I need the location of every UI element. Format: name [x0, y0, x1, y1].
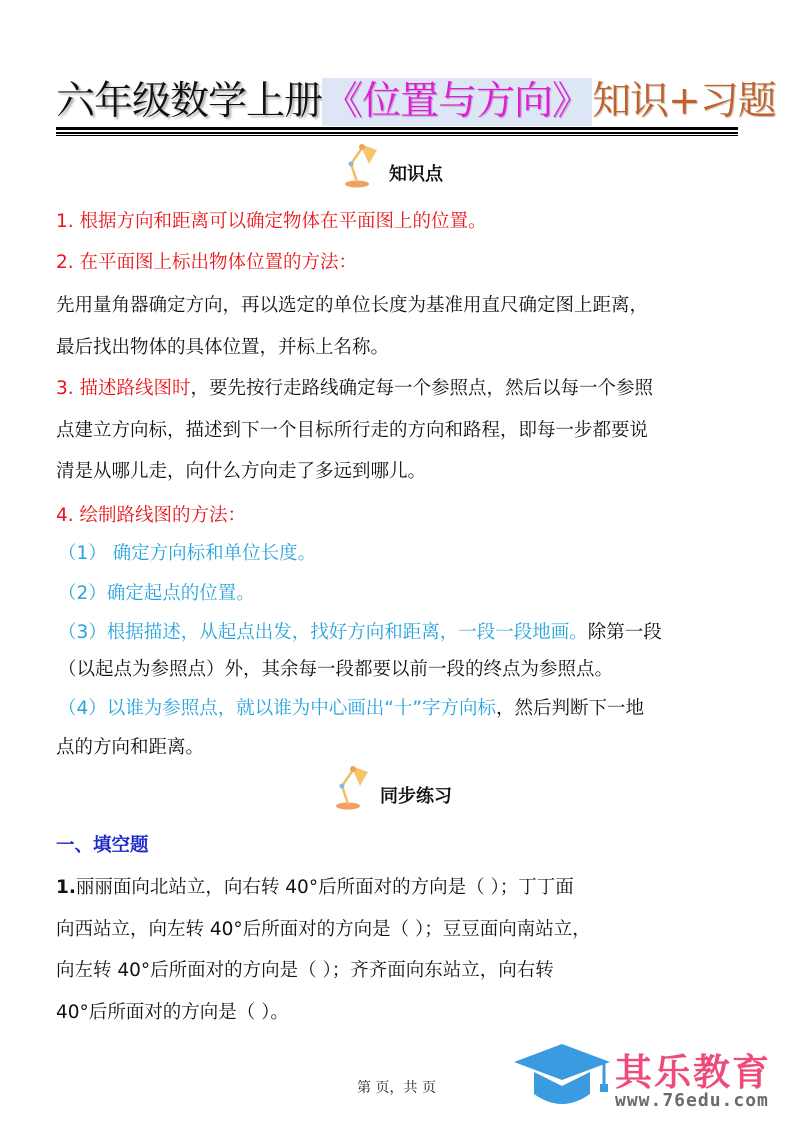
drawing-step-4-continuation: 点的方向和距离。 — [56, 736, 204, 760]
drawing-step-3: （3）根据描述，从起点出发，找好方向和距离，一段一段地画。除第一段 — [58, 621, 662, 645]
knowledge-point-3-lead: 3. 描述路线图时 — [56, 378, 191, 399]
drawing-step-4-extra: ，然后判断下一地 — [496, 698, 644, 719]
knowledge-point-2-body-line-2: 最后找出物体的具体位置，并标上名称。 — [56, 336, 389, 360]
question-1-line-2: 向西站立，向左转 40°后所面对的方向是（ ）；豆豆面向南站立， — [56, 918, 591, 942]
question-1-text: 丽丽面向北站立，向右转 40°后所面对的方向是（ ）；丁丁面 — [76, 877, 574, 898]
knowledge-point-3-line-2: 点建立方向标，描述到下一个目标所行走的方向和路程，即每一步都要说 — [56, 419, 648, 443]
title-suffix: 知识+习题 — [592, 78, 776, 126]
desk-lamp-icon — [343, 142, 381, 188]
knowledge-point-3-line-3: 清是从哪儿走，向什么方向走了多远到哪儿。 — [56, 460, 426, 484]
title-grade-subject: 六年级数学上册 — [56, 78, 322, 126]
question-1-number: 1. — [56, 877, 76, 898]
question-1-line-4: 40°后所面对的方向是（ ）。 — [56, 1001, 289, 1025]
knowledge-point-1: 1. 根据方向和距离可以确定物体在平面图上的位置。 — [56, 210, 487, 234]
knowledge-point-3-text: ，要先按行走路线确定每一个参照点，然后以每一个参照 — [191, 378, 654, 399]
knowledge-point-3-line-1: 3. 描述路线图时，要先按行走路线确定每一个参照点，然后以每一个参照 — [56, 377, 653, 401]
page-title: 六年级数学上册 《位置与方向》 知识+习题 — [56, 76, 738, 126]
drawing-step-4-main: （4）以谁为参照点，就以谁为中心画出“十”字方向标 — [58, 698, 496, 719]
brand-url: www.76edu.com — [615, 1090, 769, 1111]
desk-lamp-icon — [334, 764, 372, 810]
knowledge-point-4: 4. 绘制路线图的方法： — [56, 504, 246, 528]
question-1-line-1: 1.丽丽面向北站立，向右转 40°后所面对的方向是（ ）；丁丁面 — [56, 876, 574, 900]
knowledge-point-2: 2. 在平面图上标出物体位置的方法： — [56, 251, 357, 275]
drawing-step-3-extra: 除第一段 — [588, 622, 662, 643]
drawing-step-3-continuation: （以起点为参照点）外，其余每一段都要以前一段的终点为参照点。 — [58, 658, 613, 682]
drawing-step-1: （1） 确定方向标和单位长度。 — [58, 542, 316, 566]
drawing-step-4: （4）以谁为参照点，就以谁为中心画出“十”字方向标，然后判断下一地 — [58, 697, 644, 721]
title-double-rule — [56, 127, 738, 136]
knowledge-heading-label: 知识点 — [389, 164, 443, 188]
brand-name: 其乐教育 — [615, 1042, 771, 1096]
brand-logo: 其乐教育 www.76edu.com — [512, 1042, 787, 1114]
fill-blank-section-title: 一、填空题 — [56, 834, 149, 858]
title-unit-name: 《位置与方向》 — [322, 78, 592, 126]
practice-heading-label: 同步练习 — [380, 786, 452, 810]
drawing-step-3-main: （3）根据描述，从起点出发，找好方向和距离，一段一段地画。 — [58, 622, 588, 643]
drawing-step-2: （2）确定起点的位置。 — [58, 582, 255, 606]
question-1-line-3: 向左转 40°后所面对的方向是（ ）；齐齐面向东站立，向右转 — [56, 959, 554, 983]
graduation-cap-icon — [512, 1042, 612, 1112]
knowledge-point-2-body-line-1: 先用量角器确定方向，再以选定的单位长度为基准用直尺确定图上距离， — [56, 294, 648, 318]
knowledge-heading: 知识点 — [343, 142, 443, 188]
practice-heading: 同步练习 — [334, 764, 452, 810]
